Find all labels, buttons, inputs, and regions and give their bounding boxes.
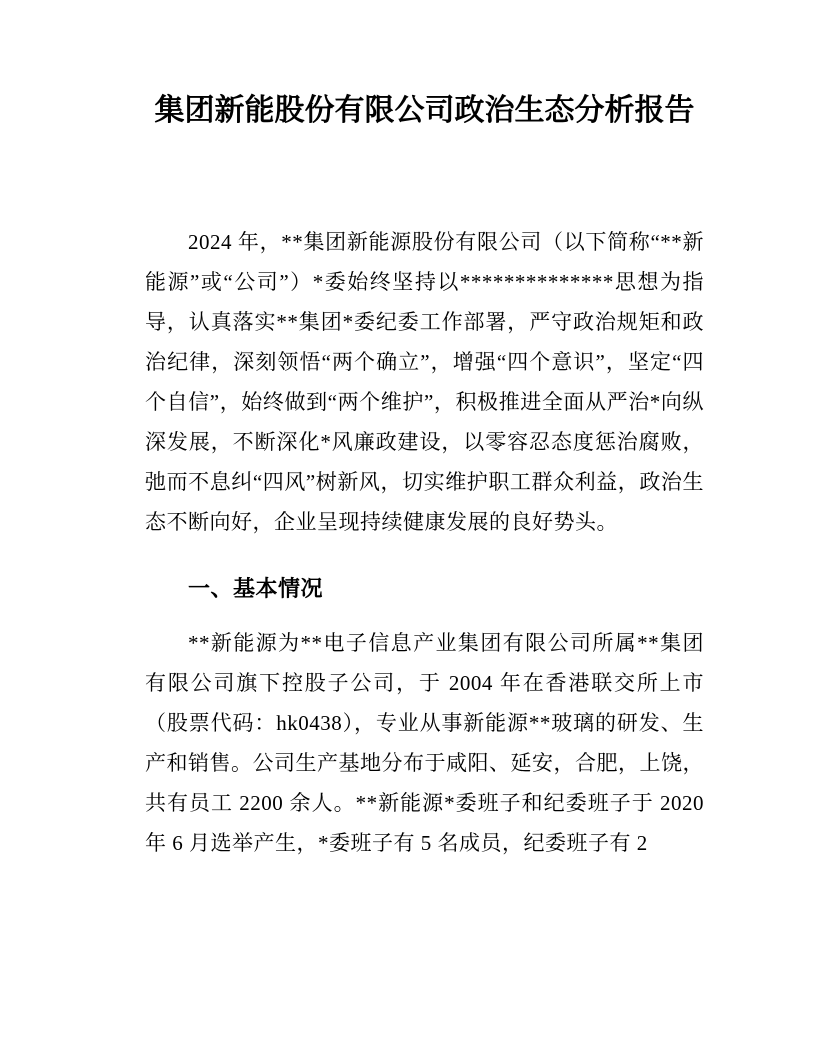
section-heading-basic-info: 一、基本情况 (145, 569, 704, 609)
paragraph-basic-info: **新能源为**电子信息产业集团有限公司所属**集团有限公司旗下控股子公司，于 … (145, 623, 704, 863)
document-title: 集团新能股份有限公司政治生态分析报告 (145, 90, 704, 132)
paragraph-intro: 2024 年，**集团新能源股份有限公司（以下简称“**新能源”或“公司”）*委… (145, 222, 704, 542)
document-page: 集团新能股份有限公司政治生态分析报告 2024 年，**集团新能源股份有限公司（… (0, 0, 816, 1056)
